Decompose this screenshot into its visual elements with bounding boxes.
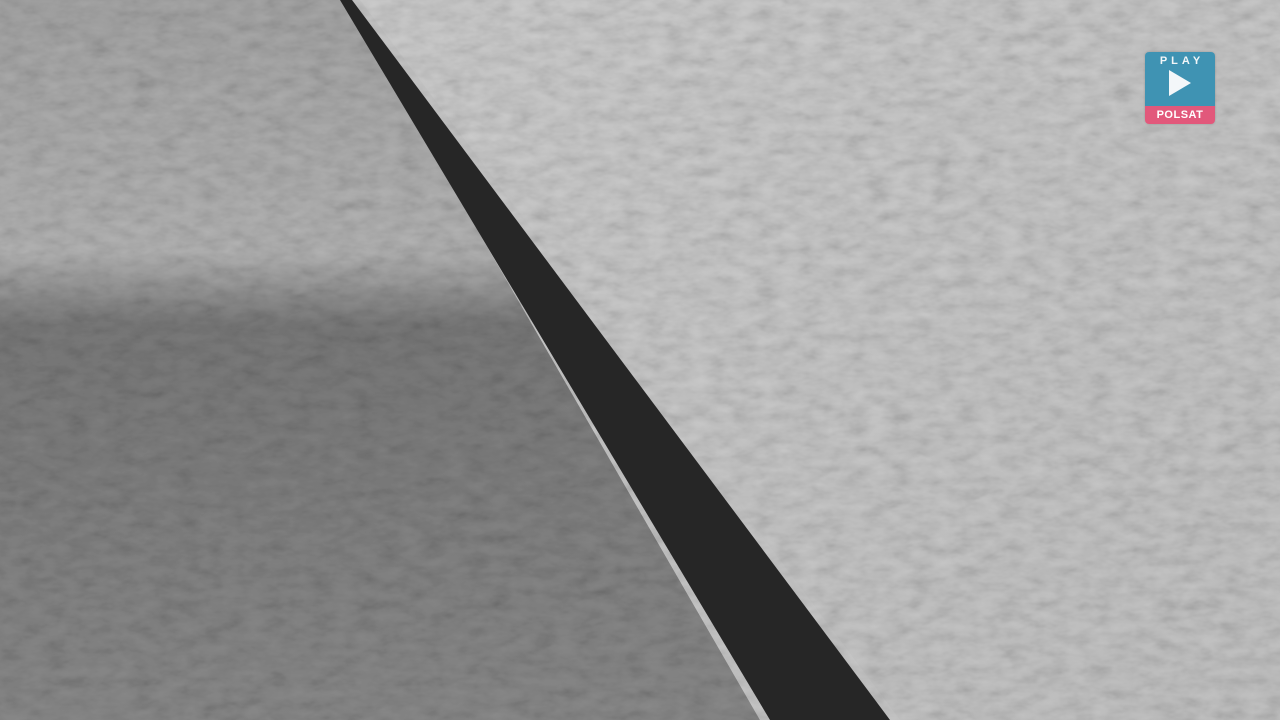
logo-polsat-text: POLSAT xyxy=(1145,106,1215,124)
aerial-road-scene xyxy=(0,0,1280,720)
play-polsat-logo: PLAY POLSAT xyxy=(1145,52,1215,124)
logo-play-text: PLAY xyxy=(1156,55,1204,67)
play-icon xyxy=(1169,70,1191,96)
